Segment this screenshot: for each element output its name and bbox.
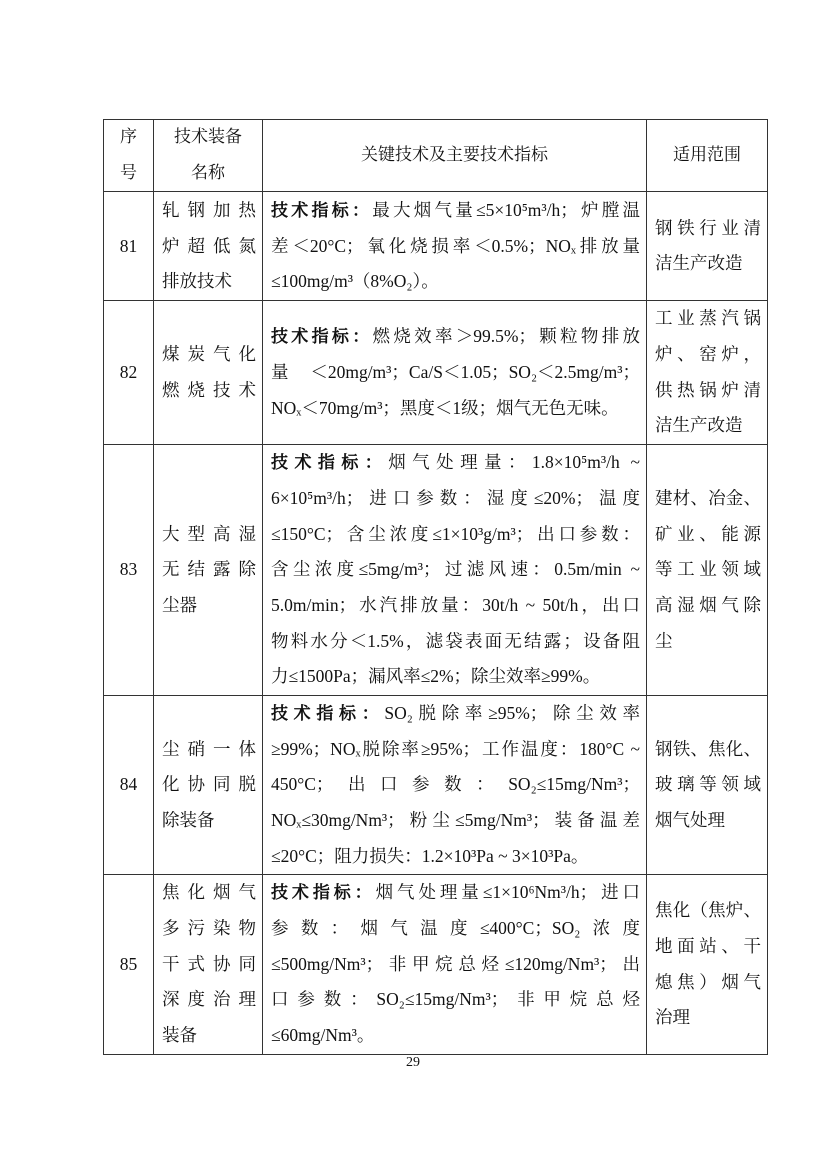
header-name-line-2: 名称	[154, 156, 262, 192]
header-serial-line-1: 序	[104, 120, 153, 156]
header-name-line-1: 技术装备	[154, 120, 262, 156]
header-spec-text: 关键技术及主要技术指标	[361, 145, 548, 165]
equipment-name-line: 干式协同	[162, 947, 256, 983]
equipment-name-line: 除装备	[162, 803, 256, 839]
table-row: 82煤炭气化燃烧技术技术指标：燃烧效率＞99.5%；颗粒物排放量＜20mg/m³…	[104, 301, 768, 445]
cell-equipment-name: 焦化烟气多污染物干式协同深度治理装备	[154, 875, 263, 1054]
cell-key-technology: 技术指标：烟气处理量：1.8×10⁵m³/h ~6×10⁵m³/h；进口参数：湿…	[263, 445, 647, 696]
equipment-name-line: 化协同脱	[162, 767, 256, 803]
application-scope-line: 治理	[655, 1000, 761, 1036]
spec-line: 450°C；出口参数：SO₂≤15mg/Nm³；	[271, 767, 640, 803]
spec-line: NOₓ≤30mg/Nm³；粉尘≤5mg/Nm³；装备温差	[271, 803, 640, 839]
equipment-name-line: 炉超低氮	[162, 229, 256, 265]
cell-application-scope: 焦化（焦炉、地面站、干熄焦）烟气治理	[647, 875, 768, 1054]
header-serial-line-2: 号	[104, 156, 153, 192]
application-scope-line: 洁生产改造	[655, 246, 761, 282]
application-scope-line: 烟气处理	[655, 803, 761, 839]
spec-label: 技术指标：	[271, 704, 384, 724]
application-scope-line: 供热锅炉清	[655, 373, 761, 409]
equipment-name-line: 尘硝一体	[162, 732, 256, 768]
spec-label: 技术指标：	[271, 201, 372, 221]
spec-line: 技术指标：烟气处理量：1.8×10⁵m³/h ~	[271, 445, 640, 481]
spec-line: ≤20°C；阻力损失：1.2×10³Pa ~ 3×10³Pa。	[271, 839, 640, 875]
table-header-row: 序 号 技术装备 名称 关键技术及主要技术指标 适用范围	[104, 120, 768, 192]
cell-serial-number: 82	[104, 301, 154, 445]
spec-line: 技术指标：烟气处理量≤1×10⁶Nm³/h；进口	[271, 875, 640, 911]
equipment-name-line: 多污染物	[162, 911, 256, 947]
application-scope-line: 熄焦）烟气	[655, 965, 761, 1001]
application-scope-line: 尘	[655, 624, 761, 660]
cell-equipment-name: 轧钢加热炉超低氮排放技术	[154, 192, 263, 301]
spec-text: 燃烧效率＞99.5%；颗粒物排放	[373, 326, 640, 346]
spec-label: 技术指标：	[271, 327, 373, 347]
spec-line: 技术指标：SO₂脱除率≥95%；除尘效率	[271, 696, 640, 732]
technology-equipment-table: 序 号 技术装备 名称 关键技术及主要技术指标 适用范围 81轧钢加热炉超低氮排…	[103, 119, 768, 1055]
cell-application-scope: 钢铁行业清洁生产改造	[647, 192, 768, 301]
header-scope-text: 适用范围	[673, 145, 741, 165]
cell-serial-number: 83	[104, 445, 154, 696]
cell-key-technology: 技术指标：烟气处理量≤1×10⁶Nm³/h；进口参数：烟气温度≤400°C；SO…	[263, 875, 647, 1054]
header-key-technology: 关键技术及主要技术指标	[263, 120, 647, 192]
spec-line: 技术指标：最大烟气量≤5×10⁵m³/h；炉膛温	[271, 193, 640, 229]
spec-line: ≤60mg/Nm³。	[271, 1018, 640, 1054]
application-scope-line: 钢铁、焦化、	[655, 732, 761, 768]
spec-text: SO₂脱除率≥95%；除尘效率	[384, 703, 640, 723]
cell-serial-number: 84	[104, 695, 154, 874]
application-scope-line: 地面站、干	[655, 929, 761, 965]
application-scope-line: 等工业领域	[655, 552, 761, 588]
equipment-name-line: 燃烧技术	[162, 373, 256, 409]
application-scope-line: 高湿烟气除	[655, 588, 761, 624]
application-scope-line: 洁生产改造	[655, 408, 761, 444]
spec-line: ≥99%；NOₓ脱除率≥95%；工作温度：180°C ~	[271, 732, 640, 768]
application-scope-line: 钢铁行业清	[655, 211, 761, 247]
spec-text: 烟气处理量≤1×10⁶Nm³/h；进口	[376, 882, 640, 902]
application-scope-line: 玻璃等领域	[655, 767, 761, 803]
table-row: 81轧钢加热炉超低氮排放技术技术指标：最大烟气量≤5×10⁵m³/h；炉膛温差＜…	[104, 192, 768, 301]
application-scope-line: 建材、冶金、	[655, 481, 761, 517]
cell-key-technology: 技术指标：燃烧效率＞99.5%；颗粒物排放量＜20mg/m³；Ca/S＜1.05…	[263, 301, 647, 445]
spec-line: 5.0m/min；水汽排放量：30t/h ~ 50t/h，出口	[271, 588, 640, 624]
cell-equipment-name: 尘硝一体化协同脱除装备	[154, 695, 263, 874]
application-scope-line: 矿业、能源	[655, 517, 761, 553]
spec-line: 6×10⁵m³/h；进口参数：湿度≤20%；温度	[271, 481, 640, 517]
spec-line: 含尘浓度≤5mg/m³；过滤风速：0.5m/min ~	[271, 552, 640, 588]
cell-application-scope: 工业蒸汽锅炉、窑炉，供热锅炉清洁生产改造	[647, 301, 768, 445]
spec-line: 量＜20mg/m³；Ca/S＜1.05；SO₂＜2.5mg/m³；	[271, 355, 640, 391]
application-scope-line: 工业蒸汽锅	[655, 301, 761, 337]
equipment-name-line: 尘器	[162, 588, 256, 624]
spec-line: 力≤1500Pa；漏风率≤2%；除尘效率≥99%。	[271, 659, 640, 695]
equipment-name-line: 轧钢加热	[162, 193, 256, 229]
spec-line: 差＜20°C；氧化烧损率＜0.5%；NOₓ排放量	[271, 229, 640, 265]
equipment-name-line: 大型高湿	[162, 517, 256, 553]
cell-serial-number: 81	[104, 192, 154, 301]
spec-line: ≤500mg/Nm³；非甲烷总烃≤120mg/Nm³；出	[271, 947, 640, 983]
equipment-name-line: 焦化烟气	[162, 875, 256, 911]
spec-label: 技术指标：	[271, 453, 388, 473]
cell-equipment-name: 大型高湿无结露除尘器	[154, 445, 263, 696]
cell-key-technology: 技术指标：最大烟气量≤5×10⁵m³/h；炉膛温差＜20°C；氧化烧损率＜0.5…	[263, 192, 647, 301]
equipment-name-line: 煤炭气化	[162, 337, 256, 373]
spec-line: 物料水分＜1.5%，滤袋表面无结露；设备阻	[271, 624, 640, 660]
table-row: 83大型高湿无结露除尘器技术指标：烟气处理量：1.8×10⁵m³/h ~6×10…	[104, 445, 768, 696]
cell-application-scope: 钢铁、焦化、玻璃等领域烟气处理	[647, 695, 768, 874]
spec-label: 技术指标：	[271, 883, 376, 903]
equipment-name-line: 深度治理	[162, 982, 256, 1018]
table-row: 85焦化烟气多污染物干式协同深度治理装备技术指标：烟气处理量≤1×10⁶Nm³/…	[104, 875, 768, 1054]
equipment-name-line: 无结露除	[162, 552, 256, 588]
header-serial-number: 序 号	[104, 120, 154, 192]
spec-line: ≤100mg/m³（8%O₂）。	[271, 264, 640, 300]
spec-line: 参数：烟气温度≤400°C；SO₂浓度	[271, 911, 640, 947]
spec-line: 技术指标：燃烧效率＞99.5%；颗粒物排放	[271, 319, 640, 355]
cell-key-technology: 技术指标：SO₂脱除率≥95%；除尘效率≥99%；NOₓ脱除率≥95%；工作温度…	[263, 695, 647, 874]
header-equipment-name: 技术装备 名称	[154, 120, 263, 192]
application-scope-line: 炉、窑炉，	[655, 337, 761, 373]
spec-text: 最大烟气量≤5×10⁵m³/h；炉膛温	[372, 200, 640, 220]
header-application-scope: 适用范围	[647, 120, 768, 192]
spec-line: ≤150°C；含尘浓度≤1×10³g/m³；出口参数：	[271, 517, 640, 553]
table-row: 84尘硝一体化协同脱除装备技术指标：SO₂脱除率≥95%；除尘效率≥99%；NO…	[104, 695, 768, 874]
application-scope-line: 焦化（焦炉、	[655, 893, 761, 929]
spec-line: NOₓ＜70mg/m³；黑度＜1级；烟气无色无味。	[271, 391, 640, 427]
cell-serial-number: 85	[104, 875, 154, 1054]
cell-application-scope: 建材、冶金、矿业、能源等工业领域高湿烟气除尘	[647, 445, 768, 696]
equipment-name-line: 装备	[162, 1018, 256, 1054]
spec-line: 口参数：SO₂≤15mg/Nm³；非甲烷总烃	[271, 982, 640, 1018]
equipment-name-line: 排放技术	[162, 264, 256, 300]
cell-equipment-name: 煤炭气化燃烧技术	[154, 301, 263, 445]
page-number: 29	[0, 1055, 826, 1071]
spec-text: 烟气处理量：1.8×10⁵m³/h ~	[388, 452, 640, 472]
